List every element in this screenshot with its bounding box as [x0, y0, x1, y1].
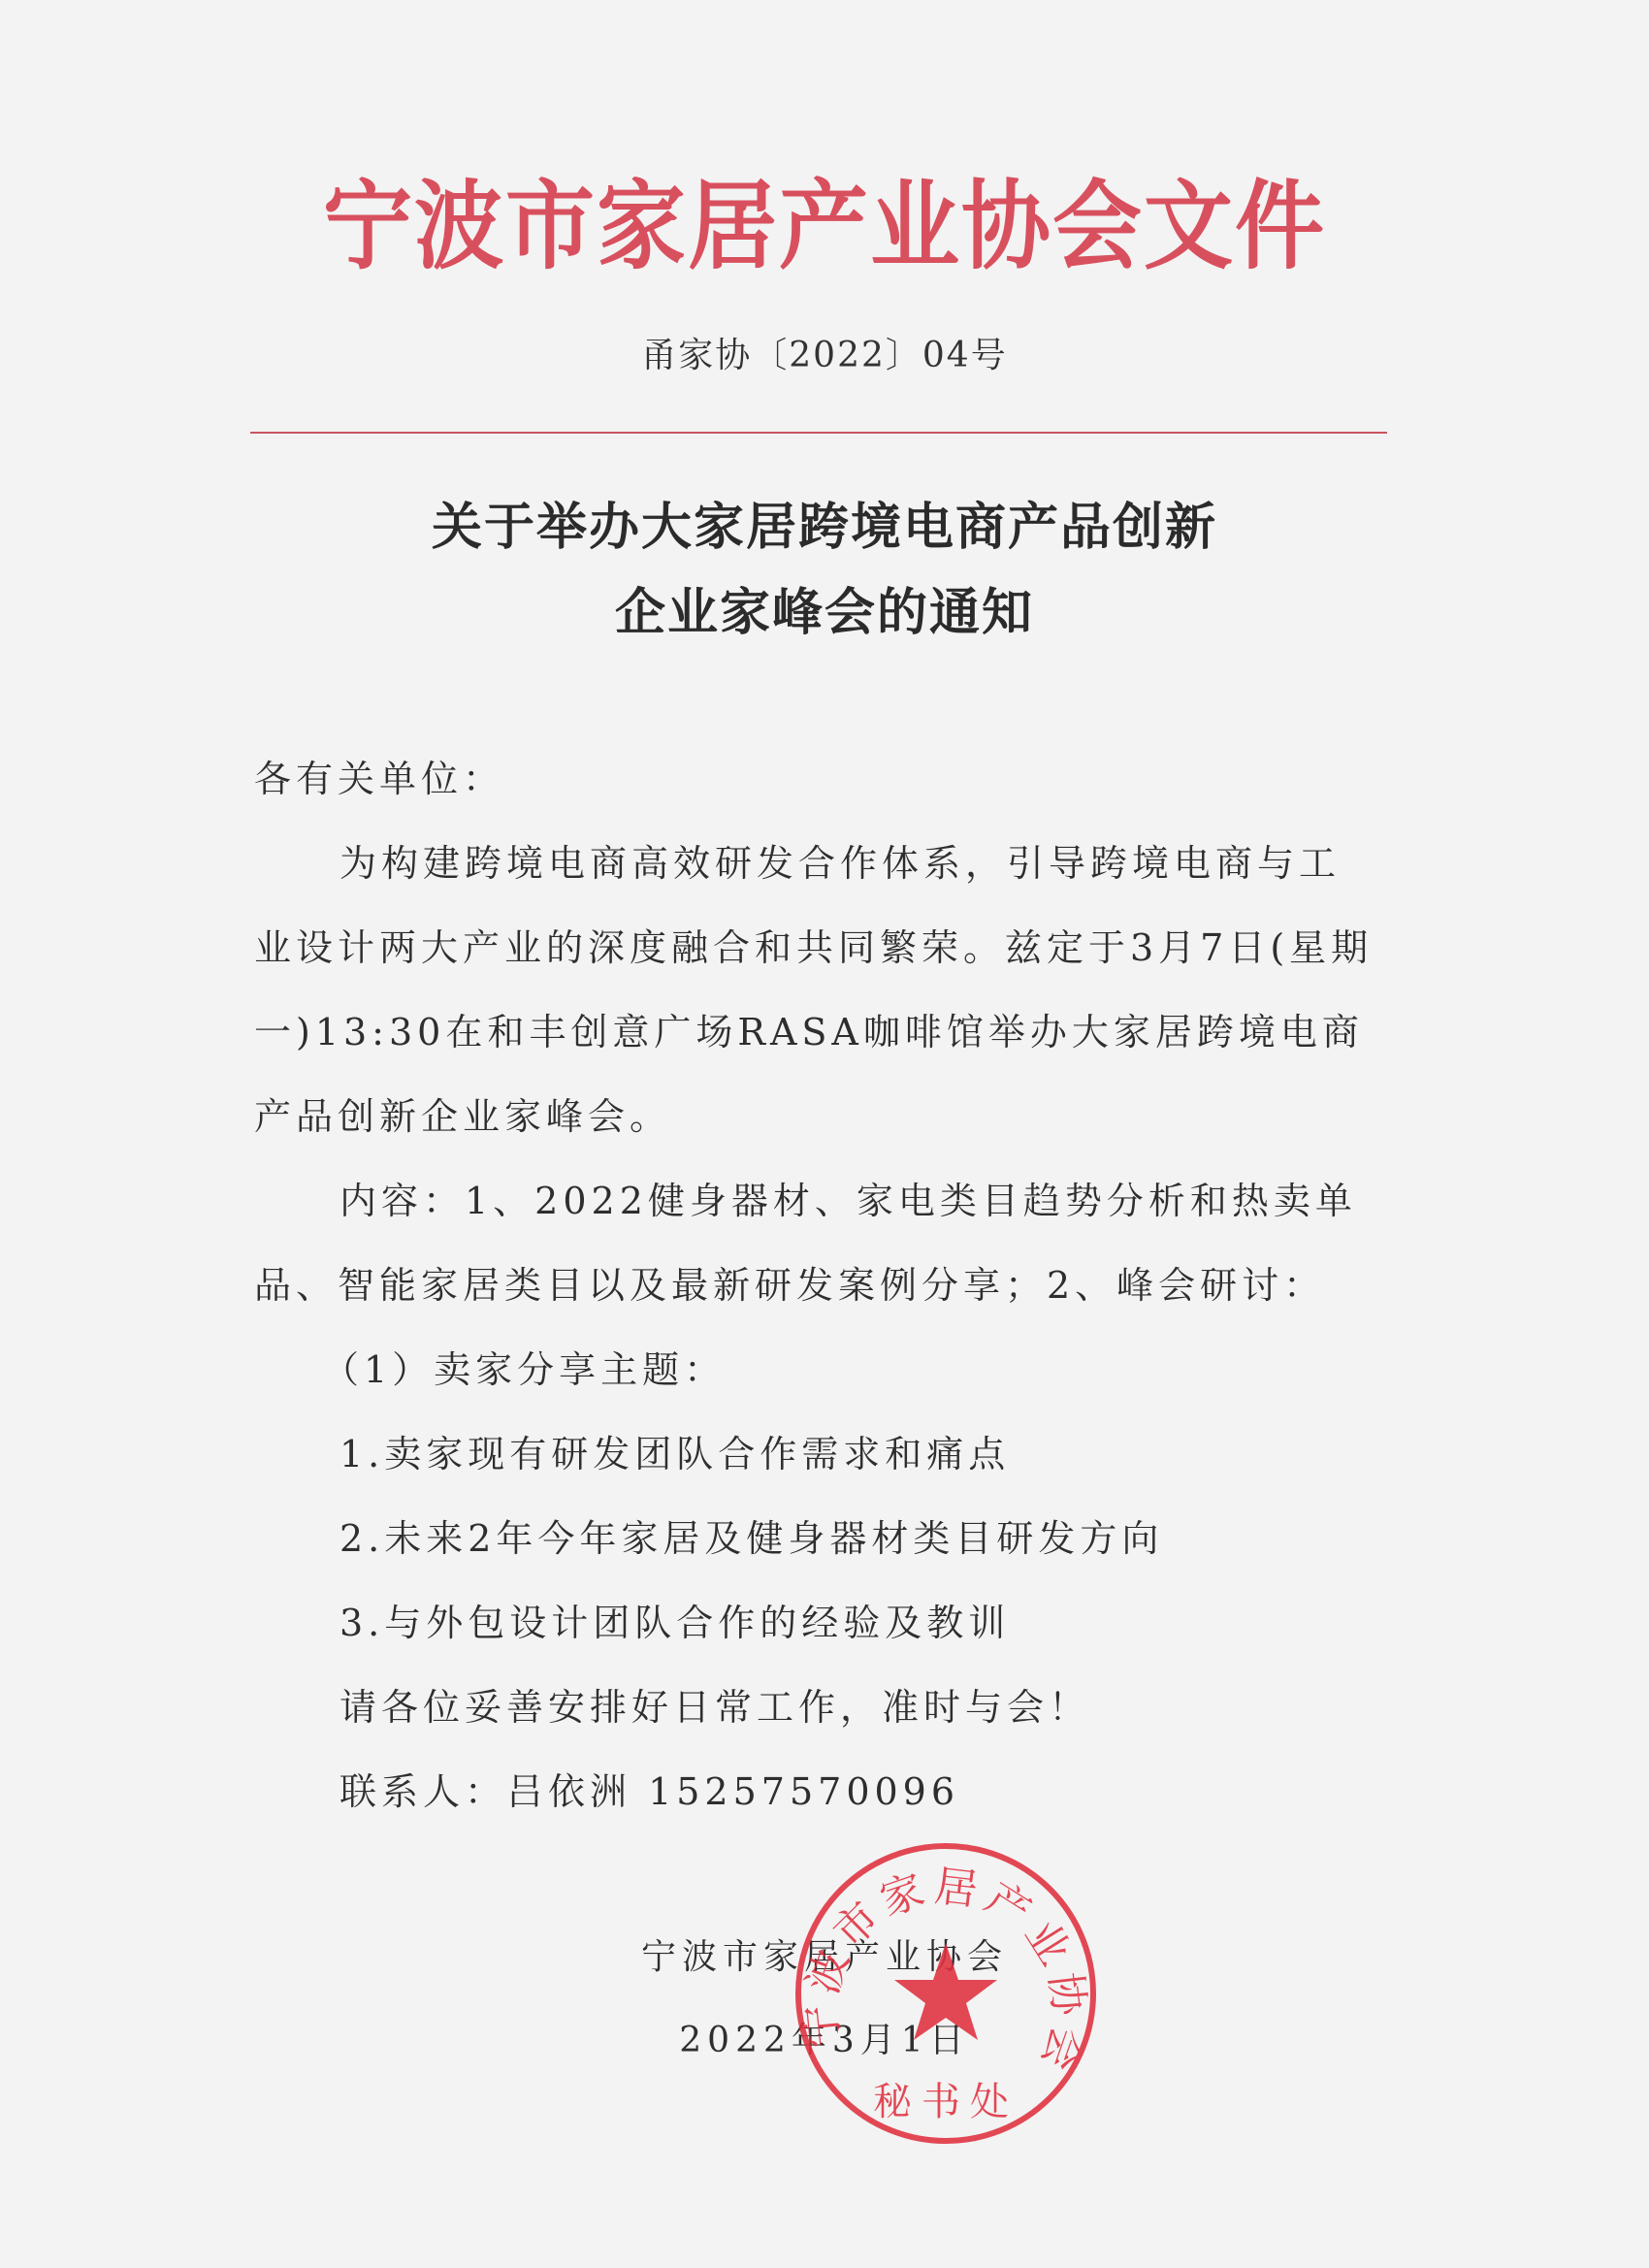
- topic-item: 1.卖家现有研发团队合作需求和痛点: [254, 1412, 1379, 1497]
- topic-item: 2.未来2年今年家居及健身器材类目研发方向: [254, 1497, 1379, 1581]
- seal-inner-text: 秘书处: [873, 2080, 1018, 2124]
- topic-item: 3.与外包设计团队合作的经验及教训: [254, 1581, 1379, 1666]
- red-divider: [250, 432, 1387, 434]
- document-page: 宁波市家居产业协会文件 甬家协〔2022〕04号 关于举办大家居跨境电商产品创新…: [0, 0, 1649, 2268]
- document-number: 甬家协〔2022〕04号: [0, 328, 1649, 377]
- signature-block: 宁波市家居产业协会 2022年3月1日: [582, 1916, 1067, 2083]
- document-title: 关于举办大家居跨境电商产品创新 企业家峰会的通知: [0, 485, 1649, 656]
- signature-date: 2022年3月1日: [582, 1999, 1067, 2083]
- signature-organization: 宁波市家居产业协会: [582, 1916, 1067, 1999]
- title-line-1: 关于举办大家居跨境电商产品创新: [0, 485, 1649, 570]
- contact-info: 联系人：吕依洲 15257570096: [254, 1750, 1379, 1834]
- title-line-2: 企业家峰会的通知: [0, 570, 1649, 656]
- subsection-heading: （1）卖家分享主题：: [254, 1328, 1379, 1412]
- salutation: 各有关单位：: [254, 737, 1379, 822]
- paragraph-intro: 为构建跨境电商高效研发合作体系，引导跨境电商与工业设计两大产业的深度融合和共同繁…: [254, 822, 1379, 1159]
- paragraph-content: 内容：1、2022健身器材、家电类目趋势分析和热卖单品、智能家居类目以及最新研发…: [254, 1159, 1379, 1328]
- closing-remark: 请各位妥善安排好日常工作，准时与会！: [254, 1666, 1379, 1750]
- issuer-banner: 宁波市家居产业协会文件: [0, 178, 1649, 275]
- document-body: 各有关单位： 为构建跨境电商高效研发合作体系，引导跨境电商与工业设计两大产业的深…: [254, 737, 1379, 1834]
